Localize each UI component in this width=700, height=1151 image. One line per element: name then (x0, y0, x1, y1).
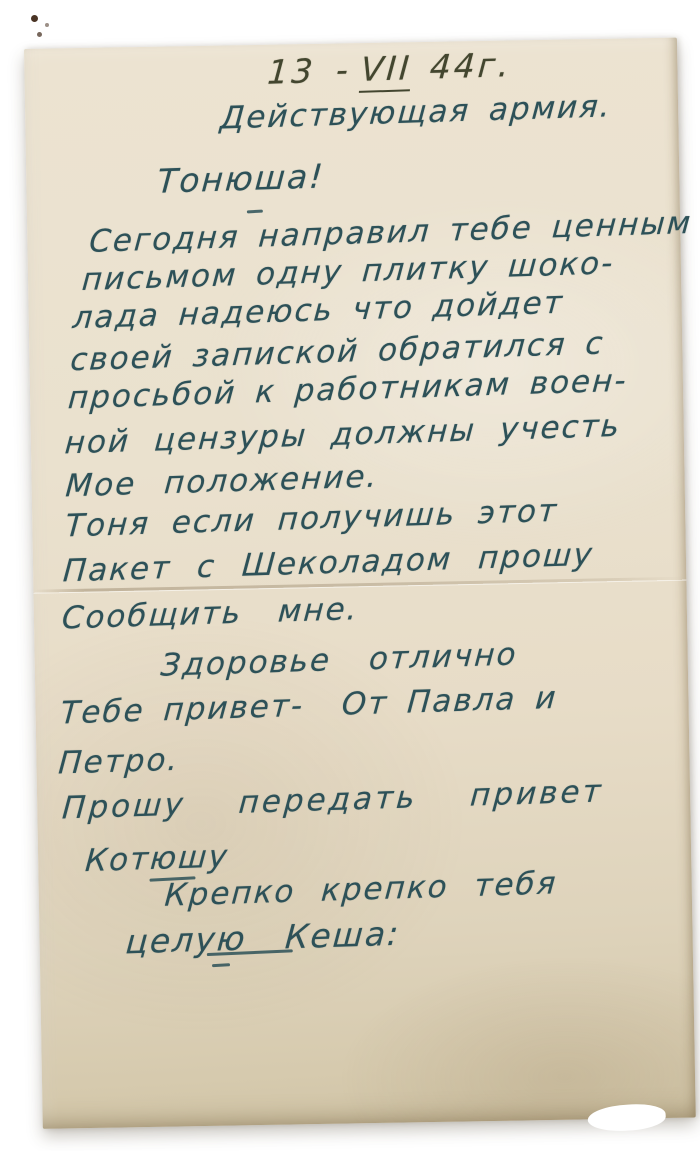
paper-tear-notch (587, 1103, 666, 1133)
closing-line: Котюшу (84, 838, 230, 879)
date-month-roman: VII (359, 48, 413, 93)
underline-mark (247, 210, 263, 214)
body-line: ной цензуры должны учесть (64, 408, 623, 462)
letter-paper: 13 -VII44г. Действующая армия. Тонюша! С… (24, 38, 696, 1129)
army-header-line: Действующая армия. (219, 88, 613, 136)
date-day: 13 - (266, 50, 352, 92)
closing-line: Прошу передать привет (61, 773, 605, 826)
body-line: Сообщить мне. (61, 591, 360, 636)
signature-line: целую Кеша: (124, 914, 402, 962)
body-line: Мое положение. (64, 458, 379, 504)
ink-speck (37, 32, 42, 37)
date-line: 13 -VII44г. (266, 45, 513, 96)
signature-underline-mark (212, 963, 230, 967)
ink-speck (31, 15, 38, 22)
greeting-line: Тонюша! (156, 156, 326, 200)
closing-line: Петро. (57, 742, 181, 782)
closing-line: Здоровье отлично (159, 636, 518, 683)
date-year: 44г. (429, 45, 514, 87)
closing-line: Тебе привет- От Павла и (59, 680, 559, 732)
ink-speck (45, 23, 49, 27)
